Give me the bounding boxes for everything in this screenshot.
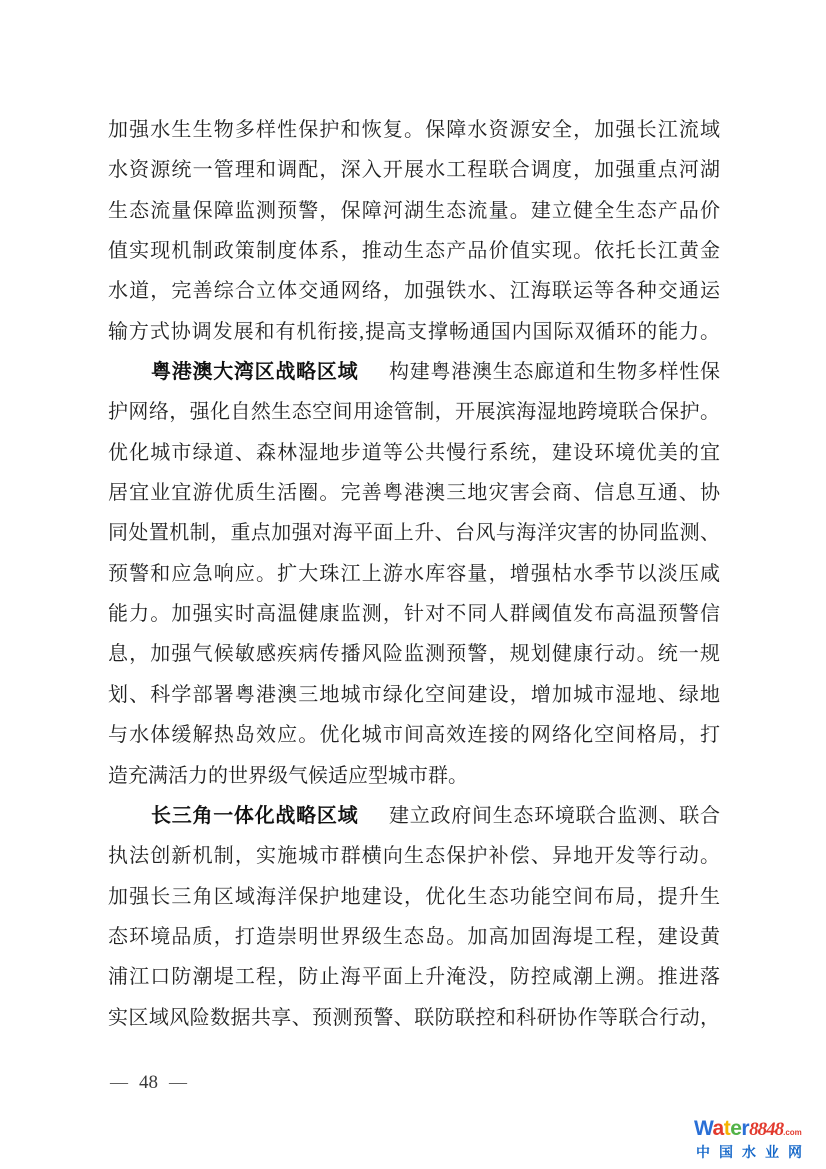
text-line: 水资源统一管理和调配，深入开展水工程联合调度，加强重点河湖 <box>108 150 720 190</box>
text-line: 预警和应急响应。扩大珠江上游水库容量，增强枯水季节以淡压咸 <box>108 554 720 594</box>
text-line: 态环境品质，打造崇明世界级生态岛。加高加固海堤工程，建设黄 <box>108 917 720 957</box>
text-run: 输方式协调发展和有机衔接,提高支撑畅通国内国际双循环的能力。 <box>108 321 720 343</box>
heading-gap <box>358 377 388 378</box>
logo-letter: r <box>741 1117 749 1140</box>
text-run: 构建粤港澳生态廊道和生物多样性保 <box>388 361 720 383</box>
text-run: 能力。加强实时高温健康监测，针对不同人群阈值发布高温预警信 <box>108 603 720 625</box>
section-heading: 粤港澳大湾区战略区域 <box>151 361 358 383</box>
text-run: 水道，完善综合立体交通网络，加强铁水、江海联运等各种交通运 <box>108 280 720 302</box>
text-run: 同处置机制，重点加强对海平面上升、台风与海洋灾害的协同监测、 <box>108 522 720 544</box>
text-line: 护网络，强化自然生态空间用途管制，开展滨海湿地跨境联合保护。 <box>108 392 720 432</box>
text-run: 与水体缓解热岛效应。优化城市间高效连接的网络化空间格局，打 <box>108 724 720 746</box>
text-line: 居宜业宜游优质生活圈。完善粤港澳三地灾害会商、信息互通、协 <box>108 473 720 513</box>
text-run: 加强水生生物多样性保护和恢复。保障水资源安全，加强长江流域 <box>108 119 720 141</box>
text-line: 长三角一体化战略区域建立政府间生态环境联合监测、联合 <box>108 796 720 836</box>
logo-brand-tld: .com <box>783 1128 802 1137</box>
text-line: 实区域风险数据共享、预测预警、联防联控和科研协作等联合行动， <box>108 998 720 1038</box>
page-number-right-dash: — <box>169 1072 187 1092</box>
water8848-logo: Water8848.com 中国水业网 <box>694 1119 818 1160</box>
text-run: 建立政府间生态环境联合监测、联合 <box>388 805 720 827</box>
page-number-value: 48 <box>139 1072 158 1093</box>
text-line: 息，加强气候敏感疾病传播风险监测预警，规划健康行动。统一规 <box>108 634 720 674</box>
text-line: 同处置机制，重点加强对海平面上升、台风与海洋灾害的协同监测、 <box>108 513 720 553</box>
text-run: 水资源统一管理和调配，深入开展水工程联合调度，加强重点河湖 <box>108 159 720 181</box>
text-run: 划、科学部署粤港澳三地城市绿化空间建设，增加城市湿地、绿地 <box>108 684 720 706</box>
text-run: 生态流量保障监测预警，保障河湖生态流量。建立健全生态产品价 <box>108 200 720 222</box>
logo-brand-word: Water <box>694 1117 749 1140</box>
document-body: 加强水生生物多样性保护和恢复。保障水资源安全，加强长江流域水资源统一管理和调配，… <box>108 110 720 1038</box>
text-run: 加强长三角区域海洋保护地建设，优化生态功能空间布局，提升生 <box>108 886 720 908</box>
text-run: 造充满活力的世界级气候适应型城市群。 <box>108 765 468 787</box>
text-run: 实区域风险数据共享、预测预警、联防联控和科研协作等联合行动， <box>108 1007 720 1029</box>
text-line: 水道，完善综合立体交通网络，加强铁水、江海联运等各种交通运 <box>108 271 720 311</box>
page-number: —48— <box>110 1072 187 1094</box>
text-run: 护网络，强化自然生态空间用途管制，开展滨海湿地跨境联合保护。 <box>108 401 720 423</box>
text-line: 生态流量保障监测预警，保障河湖生态流量。建立健全生态产品价 <box>108 191 720 231</box>
text-line: 值实现机制政策制度体系，推动生态产品价值实现。依托长江黄金 <box>108 231 720 271</box>
text-run: 执法创新机制，实施城市群横向生态保护补偿、异地开发等行动。 <box>108 845 720 867</box>
text-line: 优化城市绿道、森林湿地步道等公共慢行系统，建设环境优美的宜 <box>108 433 720 473</box>
text-line: 加强长三角区域海洋保护地建设，优化生态功能空间布局，提升生 <box>108 877 720 917</box>
text-run: 息，加强气候敏感疾病传播风险监测预警，规划健康行动。统一规 <box>108 643 720 665</box>
text-run: 优化城市绿道、森林湿地步道等公共慢行系统，建设环境优美的宜 <box>108 442 720 464</box>
text-line: 与水体缓解热岛效应。优化城市间高效连接的网络化空间格局，打 <box>108 715 720 755</box>
text-run: 值实现机制政策制度体系，推动生态产品价值实现。依托长江黄金 <box>108 240 720 262</box>
text-run: 预警和应急响应。扩大珠江上游水库容量，增强枯水季节以淡压咸 <box>108 563 720 585</box>
section-heading: 长三角一体化战略区域 <box>151 805 358 827</box>
text-line: 执法创新机制，实施城市群横向生态保护补偿、异地开发等行动。 <box>108 836 720 876</box>
heading-gap <box>358 821 388 822</box>
text-line: 造充满活力的世界级气候适应型城市群。 <box>108 756 720 796</box>
text-run: 浦江口防潮堤工程，防止海平面上升淹没，防控咸潮上溯。推进落 <box>108 966 720 988</box>
logo-letter: W <box>694 1117 713 1140</box>
logo-letter: e <box>730 1117 741 1140</box>
logo-subtitle: 中国水业网 <box>694 1145 818 1160</box>
text-line: 划、科学部署粤港澳三地城市绿化空间建设，增加城市湿地、绿地 <box>108 675 720 715</box>
logo-brand-number: 8848 <box>749 1119 783 1140</box>
logo-brand: Water8848.com <box>694 1119 818 1143</box>
text-line: 浦江口防潮堤工程，防止海平面上升淹没，防控咸潮上溯。推进落 <box>108 957 720 997</box>
text-line: 加强水生生物多样性保护和恢复。保障水资源安全，加强长江流域 <box>108 110 720 150</box>
document-page: 加强水生生物多样性保护和恢复。保障水资源安全，加强长江流域水资源统一管理和调配，… <box>0 0 826 1169</box>
page-number-left-dash: — <box>110 1072 128 1092</box>
text-run: 居宜业宜游优质生活圈。完善粤港澳三地灾害会商、信息互通、协 <box>108 482 720 504</box>
text-line: 粤港澳大湾区战略区域构建粤港澳生态廊道和生物多样性保 <box>108 352 720 392</box>
text-run: 态环境品质，打造崇明世界级生态岛。加高加固海堤工程，建设黄 <box>108 926 720 948</box>
logo-letter: a <box>713 1117 724 1140</box>
text-line: 输方式协调发展和有机衔接,提高支撑畅通国内国际双循环的能力。 <box>108 312 720 352</box>
text-line: 能力。加强实时高温健康监测，针对不同人群阈值发布高温预警信 <box>108 594 720 634</box>
